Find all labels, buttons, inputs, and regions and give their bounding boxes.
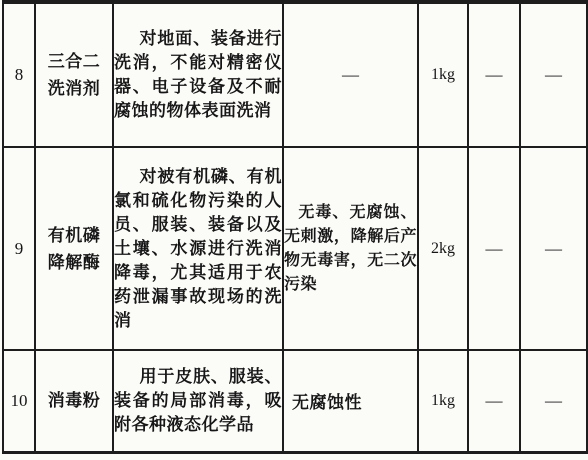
usage-description: 对被有机磷、有机氯和硫化物污染的人员、服装、装备以及土壤、水源进行洗消降毒，尤其… xyxy=(114,165,282,333)
row-number: 10 xyxy=(11,391,28,410)
agent-name: 有机磷 降解酶 xyxy=(36,222,112,276)
row-number-cell: 9 xyxy=(3,147,35,350)
row-number: 8 xyxy=(15,65,24,84)
weight-value: 2kg xyxy=(431,240,455,257)
agent-name-cell: 消毒粉 xyxy=(35,350,113,452)
properties-cell: 无腐蚀性 xyxy=(283,350,418,452)
properties-cell: 无毒、无腐蚀、无刺激，降解后产物无毒害，无二次污染 xyxy=(283,147,418,350)
usage-description: 对地面、装备进行洗消，不能对精密仪器、电子设备及不耐腐蚀的物体表面洗消 xyxy=(114,27,282,123)
row-number-cell: 8 xyxy=(3,2,35,147)
empty-cell: — xyxy=(520,147,587,350)
empty-value-dash: — xyxy=(545,391,562,410)
weight-value: 1kg xyxy=(431,392,455,409)
weight-cell: 1kg xyxy=(418,350,468,452)
agent-name-cell: 有机磷 降解酶 xyxy=(35,147,113,350)
agent-name: 三合二 洗消剂 xyxy=(36,48,112,102)
empty-value-dash: — xyxy=(545,239,562,258)
usage-description-cell: 用于皮肤、服装、装备的局部消毒，吸附各种液态化学品 xyxy=(113,350,283,452)
empty-cell: — xyxy=(468,350,520,452)
properties-text: 无毒、无腐蚀、无刺激，降解后产物无毒害，无二次污染 xyxy=(284,201,417,297)
usage-description-cell: 对被有机磷、有机氯和硫化物污染的人员、服装、装备以及土壤、水源进行洗消降毒，尤其… xyxy=(113,147,283,350)
weight-cell: 1kg xyxy=(418,2,468,147)
properties-text: 无腐蚀性 xyxy=(292,388,417,413)
row-number: 9 xyxy=(15,239,24,258)
usage-description: 用于皮肤、服装、装备的局部消毒，吸附各种液态化学品 xyxy=(114,365,282,437)
weight-cell: 2kg xyxy=(418,147,468,350)
table-row: 9 有机磷 降解酶 对被有机磷、有机氯和硫化物污染的人员、服装、装备以及土壤、水… xyxy=(3,147,587,350)
empty-cell: — xyxy=(520,2,587,147)
empty-value-dash: — xyxy=(486,65,503,84)
decontamination-agents-table: 8 三合二 洗消剂 对地面、装备进行洗消，不能对精密仪器、电子设备及不耐腐蚀的物… xyxy=(2,0,588,454)
empty-cell: — xyxy=(520,350,587,452)
empty-value-dash: — xyxy=(545,65,562,84)
usage-description-cell: 对地面、装备进行洗消，不能对精密仪器、电子设备及不耐腐蚀的物体表面洗消 xyxy=(113,2,283,147)
weight-value: 1kg xyxy=(431,66,455,83)
empty-cell: — xyxy=(468,147,520,350)
row-number-cell: 10 xyxy=(3,350,35,452)
properties-cell: — xyxy=(283,2,418,147)
empty-value-dash: — xyxy=(486,391,503,410)
empty-value-dash: — xyxy=(342,65,359,84)
table-row: 8 三合二 洗消剂 对地面、装备进行洗消，不能对精密仪器、电子设备及不耐腐蚀的物… xyxy=(3,2,587,147)
agent-name-cell: 三合二 洗消剂 xyxy=(35,2,113,147)
table-row: 10 消毒粉 用于皮肤、服装、装备的局部消毒，吸附各种液态化学品 无腐蚀性 1k… xyxy=(3,350,587,452)
scanned-document-page: 8 三合二 洗消剂 对地面、装备进行洗消，不能对精密仪器、电子设备及不耐腐蚀的物… xyxy=(0,0,588,460)
empty-cell: — xyxy=(468,2,520,147)
empty-value-dash: — xyxy=(486,239,503,258)
agent-name: 消毒粉 xyxy=(36,387,112,414)
